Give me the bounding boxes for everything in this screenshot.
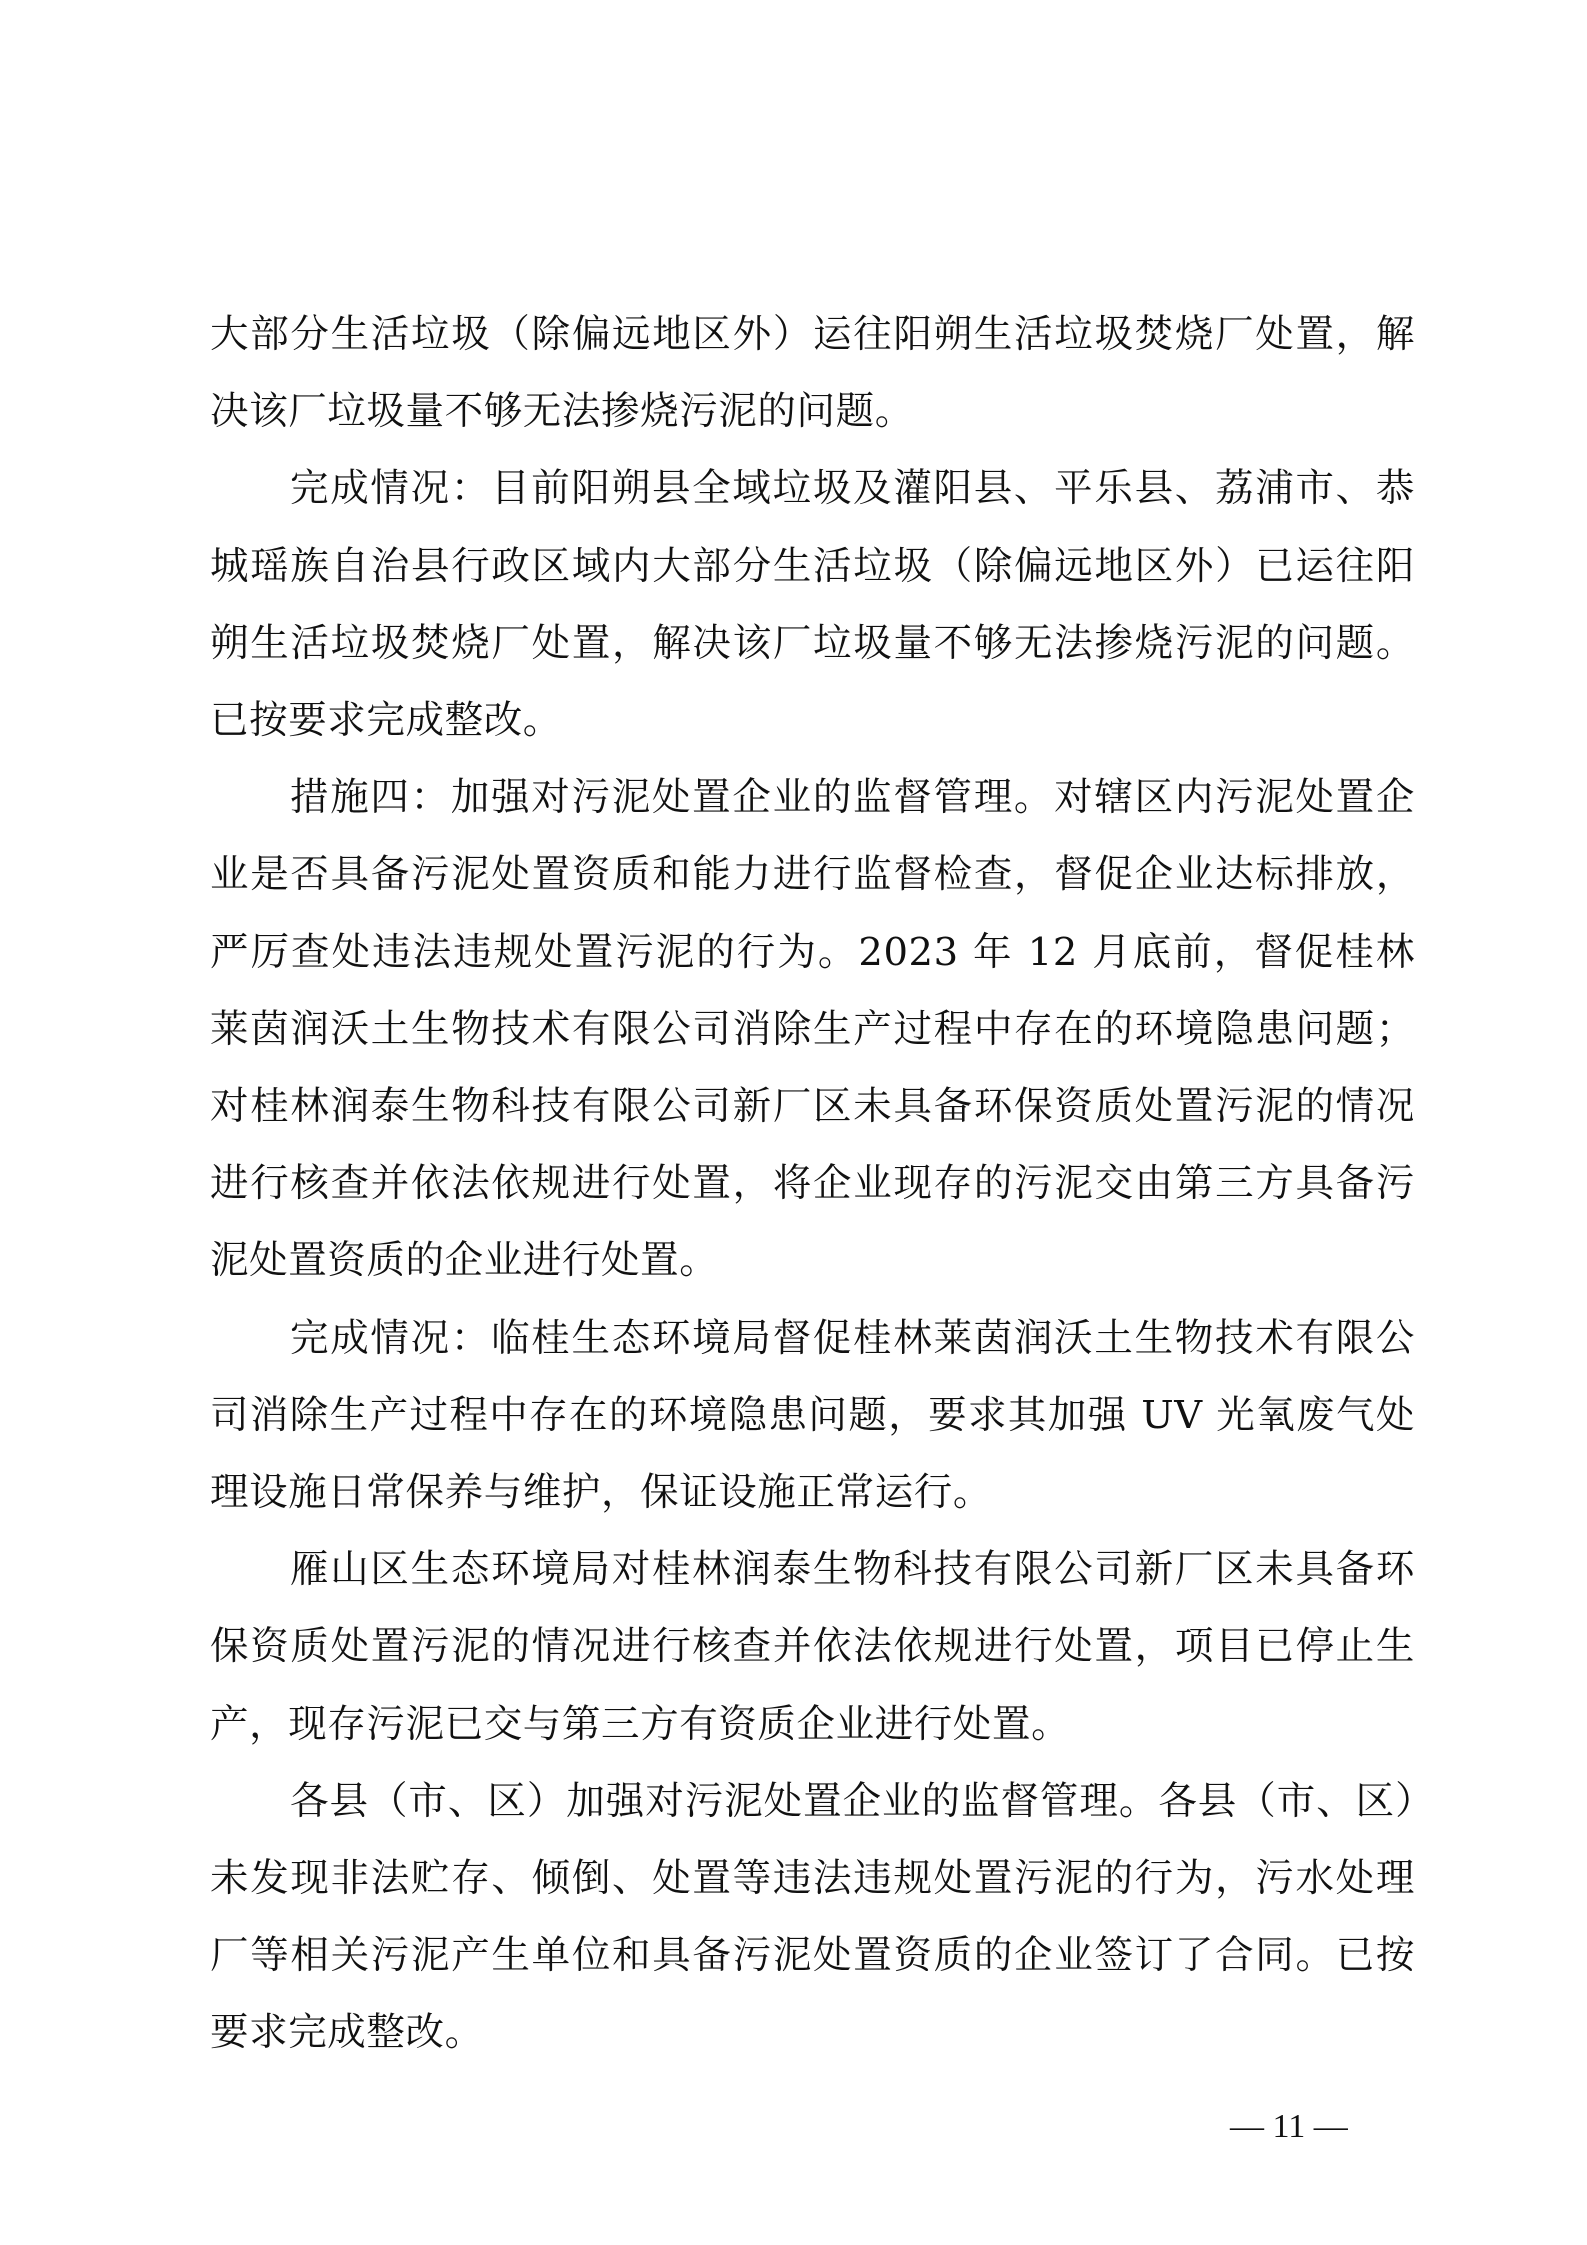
paragraph-yanshan-district: 雁山区生态环境局对桂林润泰生物科技有限公司新厂区未具备环保资质处置污泥的情况进行… xyxy=(210,1531,1415,1763)
page-number: — 11 — xyxy=(1230,2108,1348,2146)
document-body: 大部分生活垃圾（除偏远地区外）运往阳朔生活垃圾焚烧厂处置，解决该厂垃圾量不够无法… xyxy=(210,296,1415,2072)
paragraph-completion-status-1: 完成情况：目前阳朔县全域垃圾及灌阳县、平乐县、荔浦市、恭城瑶族自治县行政区域内大… xyxy=(210,450,1415,759)
paragraph-completion-status-2: 完成情况：临桂生态环境局督促桂林莱茵润沃土生物技术有限公司消除生产过程中存在的环… xyxy=(210,1300,1415,1532)
paragraph-counties-supervision: 各县（市、区）加强对污泥处置企业的监督管理。各县（市、区）未发现非法贮存、倾倒、… xyxy=(210,1763,1415,2072)
paragraph-continuation: 大部分生活垃圾（除偏远地区外）运往阳朔生活垃圾焚烧厂处置，解决该厂垃圾量不够无法… xyxy=(210,296,1415,450)
paragraph-measure-four: 措施四：加强对污泥处置企业的监督管理。对辖区内污泥处置企业是否具备污泥处置资质和… xyxy=(210,759,1415,1299)
